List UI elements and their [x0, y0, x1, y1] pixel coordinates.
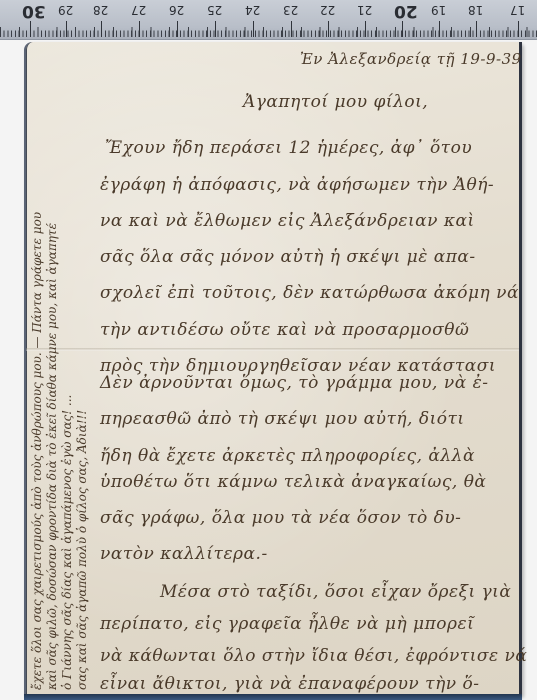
ruler-number: 25: [207, 3, 222, 17]
ruler-major-ticks: [0, 21, 537, 37]
margin-line: ἔχετε ὅλοι σας χαιρετισμούς ἀπὸ τοὺς ἀνθ…: [30, 212, 45, 690]
ruler-major-tick: [402, 21, 403, 37]
letter-line: σᾶς ὅλα σᾶς μόνον αὐτὴ ἡ σκέψι μὲ απα-: [100, 247, 476, 267]
ruler-number: 24: [245, 3, 260, 17]
ruler-major-tick: [518, 21, 519, 37]
margin-note: ἔχετε ὅλοι σας χαιρετισμούς ἀπὸ τοὺς ἀνθ…: [30, 212, 90, 690]
background-fabric: [24, 694, 522, 700]
ruler-major-tick: [101, 21, 102, 37]
letter-line: Μέσα στὸ ταξίδι, ὅσοι εἶχαν ὄρεξι γιὰ: [160, 582, 511, 602]
ruler-major-tick: [215, 21, 216, 37]
letter-line: Ἔχουν ἤδη περάσει 12 ἡμέρες, ἀφ᾽ ὅτου: [105, 138, 472, 158]
letter-line: νατὸν καλλίτερα.-: [100, 544, 268, 564]
ruler-major-tick: [291, 21, 292, 37]
ruler-number: 27: [131, 3, 146, 17]
ruler-number: 29: [58, 3, 73, 17]
letter-line: σχολεῖ ἐπὶ τοῦτοις, δὲν κατώρθωσα ἀκόμη …: [100, 283, 519, 303]
letter-line: σᾶς γράφω, ὅλα μου τὰ νέα ὅσον τὸ δυ-: [100, 508, 461, 528]
margin-line: σας καὶ σᾶς ἀγαπῶ πολὺ ὁ φίλος σας, Ἀδιὰ…: [75, 212, 90, 690]
ruler-major-tick: [139, 21, 140, 37]
letter-line: ἐγράφη ἡ ἀπόφασις, νὰ ἀφήσωμεν τὴν Ἀθή-: [100, 175, 494, 195]
ruler: 3029282726252423222120191817: [0, 0, 537, 40]
letter-line: πηρεασθῶ ἀπὸ τὴ σκέψι μου αὐτή, διότι: [100, 409, 465, 429]
margin-line: ὁ Γιάννης σᾶς δίας καὶ ἀγαπάμενος ἐγὼ σα…: [60, 212, 75, 690]
letter-line: ὑποθέτω ὅτι κάμνω τελικὰ ἀναγκαίως, θὰ: [100, 472, 486, 492]
ruler-number: 18: [468, 3, 483, 17]
ruler-major-tick: [328, 21, 329, 37]
letter-place-date: Ἐν Ἀλεξανδρείᾳ τῇ 19-9-39: [300, 50, 522, 68]
margin-line: καὶ σᾶς φιλῶ, δοσώσαν φροντίδα διὰ τὸ ἐκ…: [45, 212, 60, 690]
letter-line: τὴν αντιδέσω οὔτε καὶ νὰ προσαρμοσθῶ: [100, 320, 469, 340]
ruler-major-tick: [365, 21, 366, 37]
ruler-major-tick: [253, 21, 254, 37]
ruler-major-tick: [177, 21, 178, 37]
ruler-number: 30: [22, 1, 46, 21]
ruler-major-tick: [30, 21, 31, 37]
ruler-major-tick: [66, 21, 67, 37]
letter-line: περίπατο, εἰς γραφεῖα ἦλθε νὰ μὴ μπορεῖ: [100, 614, 474, 634]
letter-line: να καὶ νὰ ἔλθωμεν εἰς Ἀλεξάνδρειαν καὶ: [100, 211, 475, 231]
ruler-major-tick: [476, 21, 477, 37]
letter-salutation: Ἀγαπητοί μου φίλοι,: [243, 92, 428, 112]
ruler-number: 22: [320, 3, 335, 17]
ruler-major-tick: [439, 21, 440, 37]
ruler-number: 20: [394, 1, 418, 21]
ruler-number: 17: [510, 3, 525, 17]
ruler-number: 21: [357, 3, 372, 17]
ruler-number: 28: [93, 3, 108, 17]
ruler-number: 26: [169, 3, 184, 17]
letter-line: ἤδη θὰ ἔχετε ἀρκετὲς πληροφορίες, ἀλλὰ: [100, 446, 475, 466]
ruler-number: 23: [283, 3, 298, 17]
paper-right-edge: [519, 42, 522, 696]
letter-line: εἶναι ἄθικτοι, γιὰ νὰ ἐπαναφέρουν τὴν ὅ-: [100, 674, 479, 694]
letter-line: Δὲν ἀρνοῦνται ὅμως, τὸ γράμμα μου, νὰ ἐ-: [100, 373, 488, 393]
letter-line: νὰ κάθωνται ὅλο στὴν ἴδια θέσι, ἐφρόντισ…: [100, 646, 527, 666]
ruler-number: 19: [431, 3, 446, 17]
